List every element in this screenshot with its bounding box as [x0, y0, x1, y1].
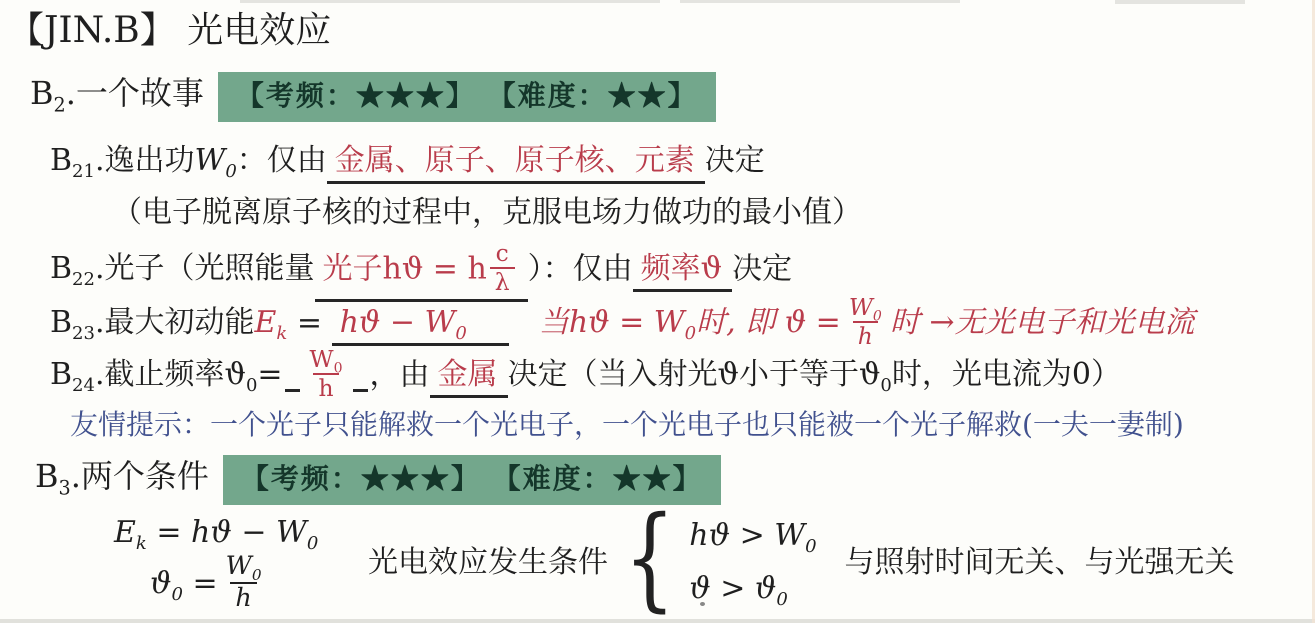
- item-b21-lead: ：仅由: [237, 143, 327, 178]
- fraction-denominator: h: [853, 321, 878, 348]
- item-b22-answer2-blank: 频率ϑ: [633, 252, 732, 292]
- frequency-difficulty-badge: 【考频：★★★】 【难度：★★】: [218, 72, 716, 122]
- condition-group: 光电效应发生条件 { hϑ > W0 ϑ > ϑ0 与照射时间无关、与光强无关: [368, 508, 1235, 617]
- friendly-tip: 友情提示：一个光子只能解救一个光电子，一个光电子也只能被一个光子解救(一夫一妻制…: [70, 407, 1184, 442]
- condition-1: hϑ > W0: [689, 517, 816, 555]
- item-b23-note: 当hϑ = W0时, 即 ϑ =W0h时 →无光电子和光电流: [539, 305, 1195, 340]
- item-b21: B21.逸出功W0：仅由金属、原子、原子核、元素决定: [50, 142, 765, 184]
- item-b22-answer-blank: 光子hϑ = hcλ: [315, 244, 528, 302]
- item-b22-mid: ）：仅由: [528, 251, 633, 286]
- condition-list: hϑ > W0 ϑ > ϑ0: [689, 517, 816, 608]
- item-b21-tail: 决定: [705, 143, 765, 178]
- blank-dash: [353, 371, 368, 392]
- item-b21-note: （电子脱离原子核的过程中，克服电场力做功的最小值）: [112, 194, 862, 232]
- item-b23-heading: B23.最大初动能: [50, 305, 255, 340]
- condition-note: 与照射时间无关、与光强无关: [845, 544, 1235, 582]
- fraction-denominator: λ: [490, 267, 515, 294]
- fraction-numerator: c: [491, 242, 514, 267]
- document-title: 【JIN.B】 光电效应: [8, 8, 331, 53]
- item-b24: B24.截止频率ϑ0=W0h，由金属决定（当入射光ϑ小于等于ϑ0时，光电流为0）: [50, 350, 1121, 403]
- item-b21-answer-blank: 金属、原子、原子核、元素: [327, 144, 705, 184]
- item-b21-heading: B21.逸出功: [50, 143, 195, 178]
- item-b24-mid: ，由: [370, 357, 430, 392]
- item-b24-heading: B24.截止频率ϑ0=: [50, 357, 283, 392]
- item-b22-fraction: cλ: [490, 242, 515, 295]
- item-b23: B23.最大初动能Ek = hϑ − W0当hϑ = W0时, 即 ϑ =W0h…: [50, 298, 1195, 351]
- item-b24-answer-blank: 金属: [430, 358, 508, 398]
- formula-v0-lhs: ϑ0 =: [150, 566, 218, 601]
- item-b23-answer-blank: hϑ − W0: [332, 306, 509, 346]
- section-b2-row: B2.一个故事 【考频：★★★】 【难度：★★】: [30, 72, 716, 122]
- item-b23-equals: =: [297, 305, 322, 340]
- fraction-numerator: W0: [305, 348, 348, 373]
- section-b2-heading: B2.一个故事: [30, 72, 204, 115]
- formula-ek: Ek = hϑ − W0: [114, 514, 318, 552]
- fraction-denominator: h: [230, 582, 256, 612]
- formula-v0-fraction: W0h: [221, 554, 267, 611]
- condition-2: ϑ > ϑ0: [689, 570, 816, 608]
- scan-artifact-top-mid: [680, 0, 960, 3]
- item-b23-fraction: W0h: [844, 296, 887, 349]
- item-b23-symbol-ek: Ek: [255, 305, 288, 340]
- scan-artifact-top-right: [1115, 0, 1245, 4]
- blank-dash: [285, 371, 300, 392]
- fraction-denominator: h: [313, 373, 338, 400]
- item-b24-tail: 决定（当入射光ϑ小于等于ϑ0时，光电流为0）: [508, 357, 1121, 392]
- section-b3-heading: B3.两个条件: [35, 455, 209, 498]
- item-b21-symbol-w0: W0: [195, 143, 237, 178]
- scan-artifact-top-left: [240, 0, 660, 3]
- item-b23-note-post: 时 →无光电子和光电流: [890, 305, 1195, 340]
- item-b24-fraction: W0h: [305, 348, 348, 401]
- item-b23-note-pre: 当hϑ = W0时, 即 ϑ =: [539, 305, 841, 340]
- condition-brace: {: [624, 508, 675, 609]
- item-b22-tail: 决定: [732, 251, 792, 286]
- condition-label: 光电效应发生条件: [368, 544, 608, 582]
- item-b22-heading: B22.光子（光照能量: [50, 251, 315, 286]
- fraction-numerator: W0: [844, 296, 887, 321]
- formula-v0: ϑ0 =W0h: [150, 556, 270, 613]
- item-b22-answer-text: 光子hϑ = h: [323, 251, 487, 286]
- section-b3-row: B3.两个条件 【考频：★★★】 【难度：★★】: [35, 455, 721, 505]
- fraction-numerator: W0: [221, 554, 267, 582]
- item-b22: B22.光子（光照能量光子hϑ = hcλ）：仅由频率ϑ决定: [50, 244, 792, 302]
